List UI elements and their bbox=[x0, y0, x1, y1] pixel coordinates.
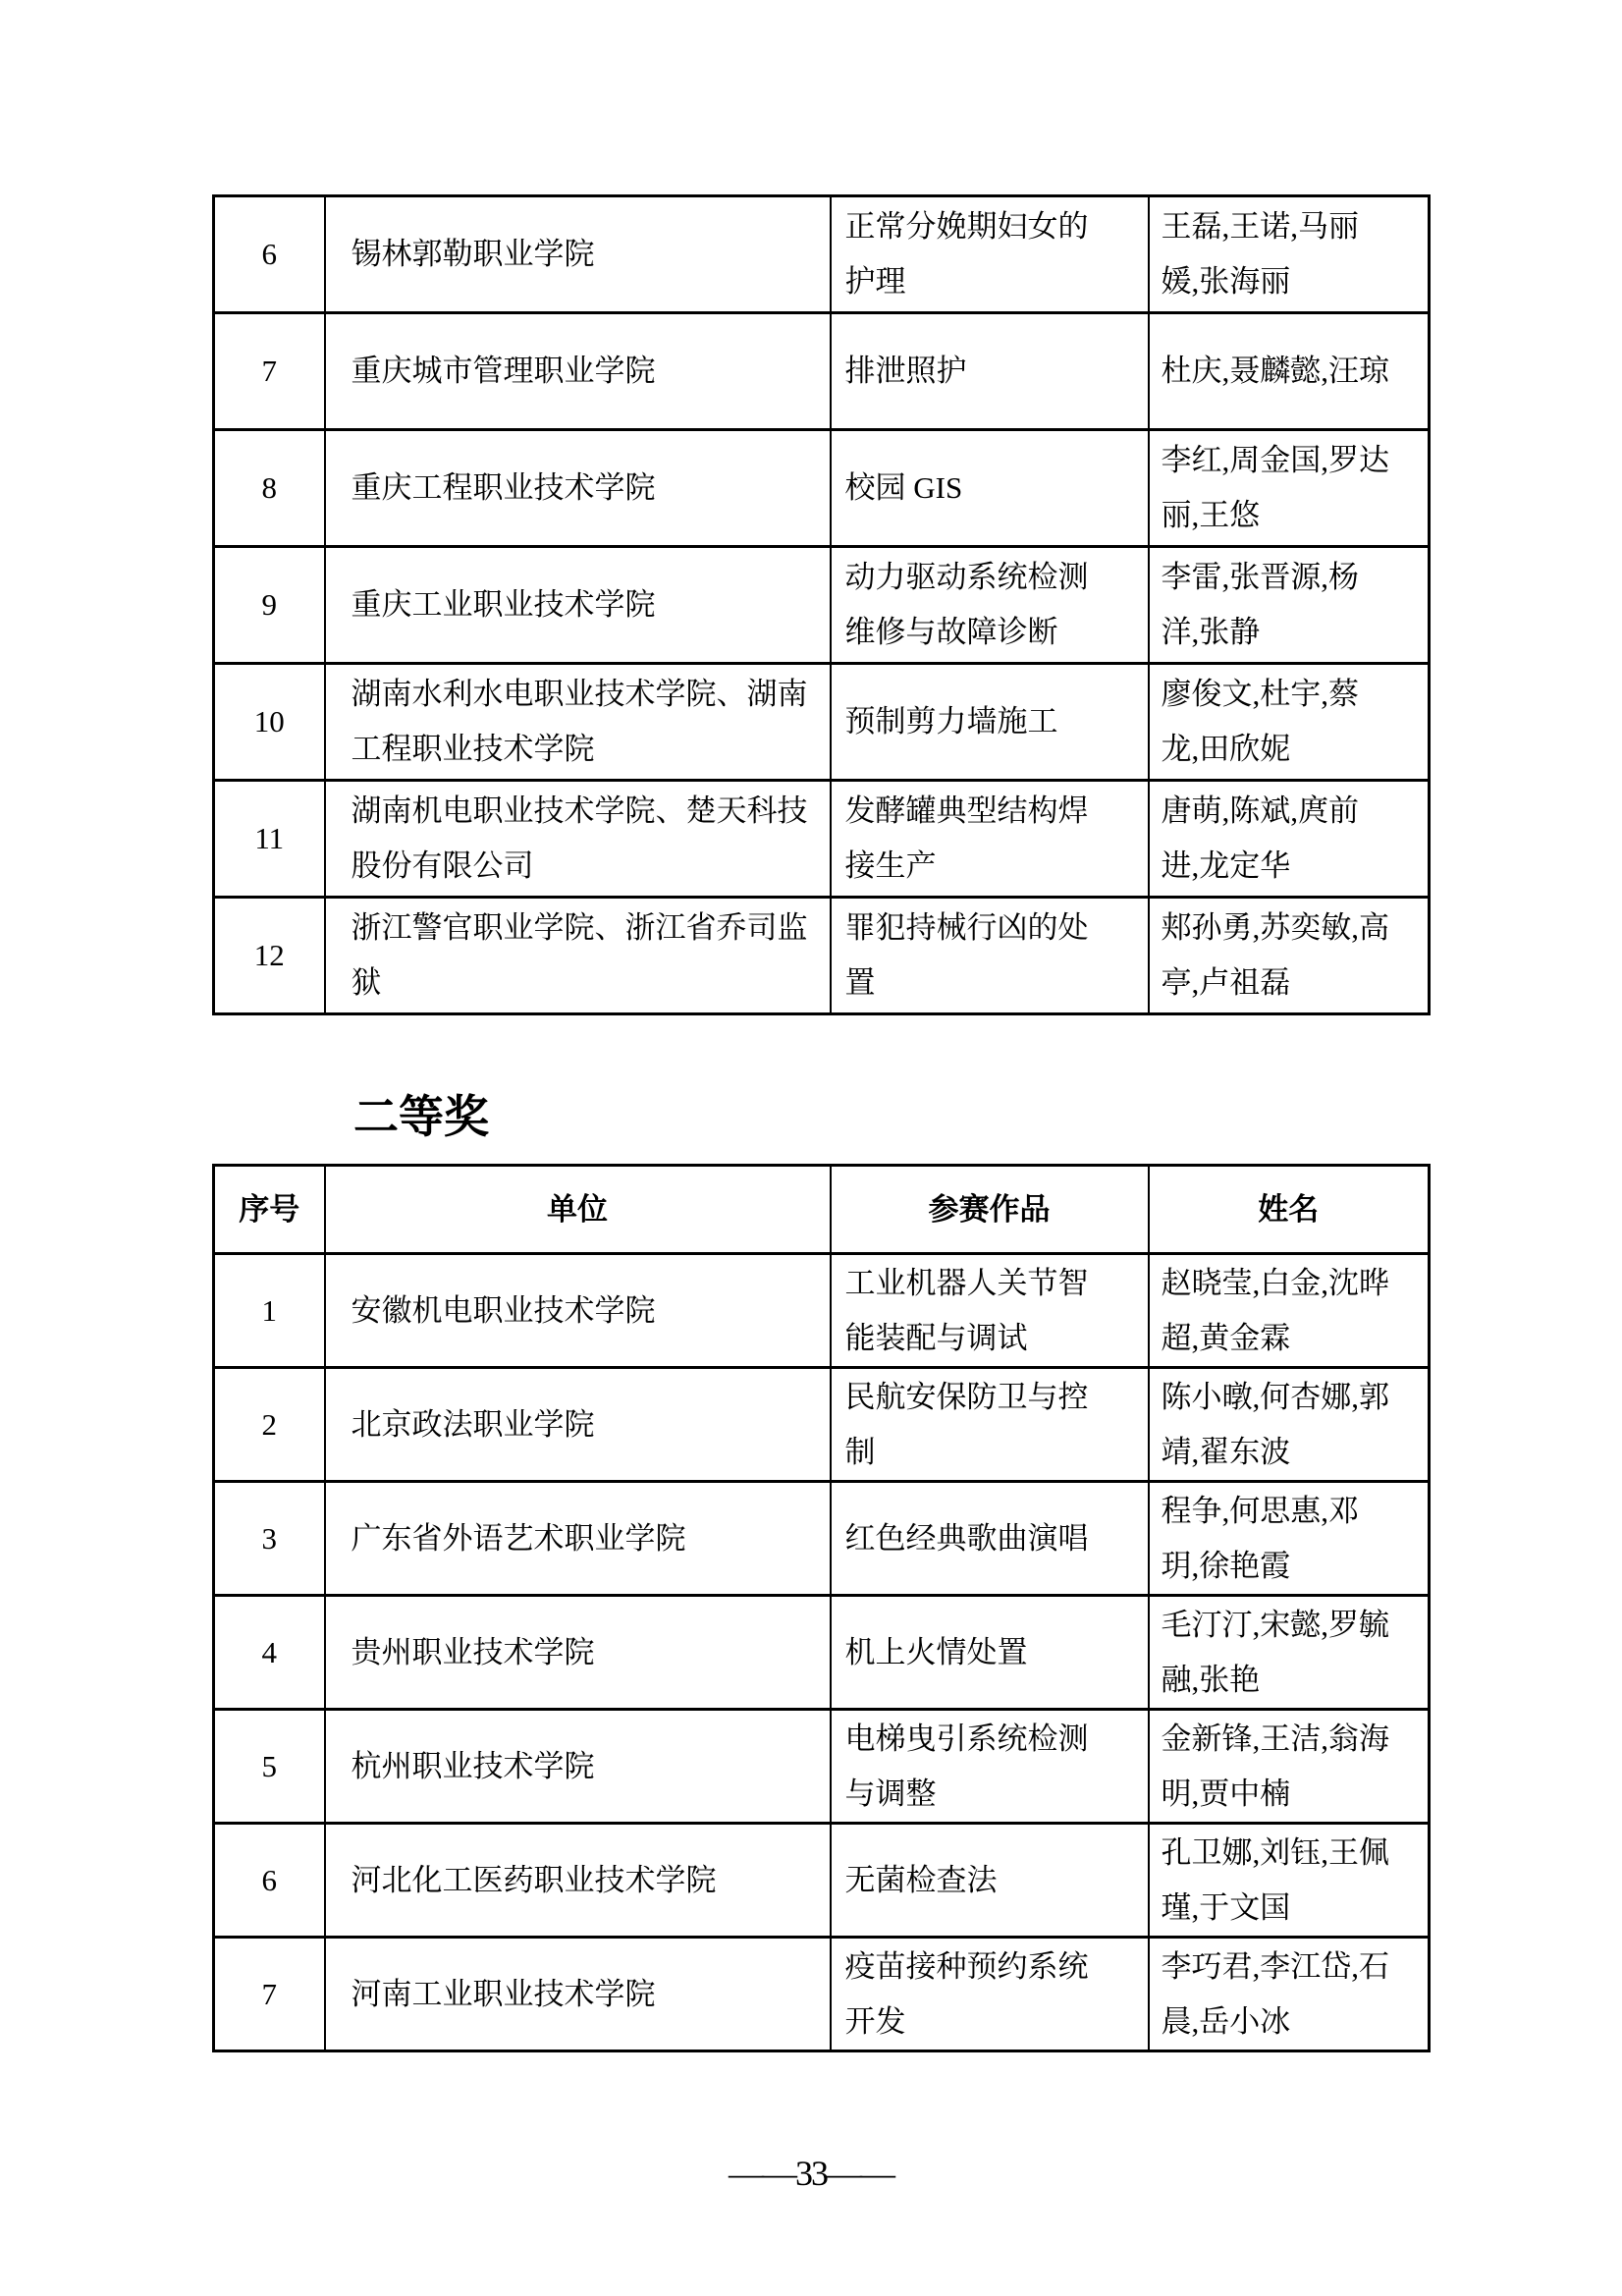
header-work: 参赛作品 bbox=[831, 1166, 1149, 1254]
header-unit: 单位 bbox=[325, 1166, 831, 1254]
cell-names: 毛汀汀,宋懿,罗毓 融,张艳 bbox=[1149, 1596, 1430, 1710]
cell-work: 罪犯持械行凶的处 置 bbox=[831, 898, 1149, 1014]
cell-no: 8 bbox=[214, 430, 325, 547]
cell-names: 李红,周金国,罗达 丽,王悠 bbox=[1149, 430, 1430, 547]
cell-unit: 北京政法职业学院 bbox=[325, 1368, 831, 1482]
cell-names: 赵晓莹,白金,沈晔 超,黄金霖 bbox=[1149, 1254, 1430, 1368]
header-no: 序号 bbox=[214, 1166, 325, 1254]
table-row: 12浙江警官职业学院、浙江省乔司监 狱罪犯持械行凶的处 置郏孙勇,苏奕敏,高 亭… bbox=[214, 898, 1430, 1014]
page-number: ——33—— bbox=[0, 2153, 1622, 2194]
cell-names: 金新锋,王洁,翁海 明,贾中楠 bbox=[1149, 1710, 1430, 1824]
cell-unit: 杭州职业技术学院 bbox=[325, 1710, 831, 1824]
cell-work: 疫苗接种预约系统 开发 bbox=[831, 1938, 1149, 2051]
cell-names: 陈小暾,何杏娜,郭 靖,翟东波 bbox=[1149, 1368, 1430, 1482]
cell-unit: 河北化工医药职业技术学院 bbox=[325, 1824, 831, 1938]
cell-names: 程争,何思惠,邓 玥,徐艳霞 bbox=[1149, 1482, 1430, 1596]
cell-unit: 锡林郭勒职业学院 bbox=[325, 196, 831, 313]
table-row: 9重庆工业职业技术学院动力驱动系统检测 维修与故障诊断李雷,张晋源,杨 洋,张静 bbox=[214, 547, 1430, 664]
cell-names: 李巧君,李江岱,石 晨,岳小冰 bbox=[1149, 1938, 1430, 2051]
cell-names: 唐萌,陈斌,庹前 进,龙定华 bbox=[1149, 781, 1430, 898]
cell-work: 机上火情处置 bbox=[831, 1596, 1149, 1710]
table-row: 10湖南水利水电职业技术学院、湖南 工程职业技术学院预制剪力墙施工廖俊文,杜宇,… bbox=[214, 664, 1430, 781]
cell-names: 孔卫娜,刘钰,王佩 瑾,于文国 bbox=[1149, 1824, 1430, 1938]
table-row: 1安徽机电职业技术学院工业机器人关节智 能装配与调试赵晓莹,白金,沈晔 超,黄金… bbox=[214, 1254, 1430, 1368]
cell-unit: 浙江警官职业学院、浙江省乔司监 狱 bbox=[325, 898, 831, 1014]
cell-no: 4 bbox=[214, 1596, 325, 1710]
cell-work: 校园 GIS bbox=[831, 430, 1149, 547]
cell-no: 10 bbox=[214, 664, 325, 781]
cell-no: 12 bbox=[214, 898, 325, 1014]
cell-work: 预制剪力墙施工 bbox=[831, 664, 1149, 781]
table-row: 8重庆工程职业技术学院校园 GIS李红,周金国,罗达 丽,王悠 bbox=[214, 430, 1430, 547]
table-row: 5杭州职业技术学院电梯曳引系统检测 与调整金新锋,王洁,翁海 明,贾中楠 bbox=[214, 1710, 1430, 1824]
cell-no: 2 bbox=[214, 1368, 325, 1482]
cell-unit: 重庆工程职业技术学院 bbox=[325, 430, 831, 547]
cell-no: 3 bbox=[214, 1482, 325, 1596]
cell-no: 5 bbox=[214, 1710, 325, 1824]
cell-work: 民航安保防卫与控 制 bbox=[831, 1368, 1149, 1482]
table-row: 4贵州职业技术学院机上火情处置毛汀汀,宋懿,罗毓 融,张艳 bbox=[214, 1596, 1430, 1710]
cell-names: 李雷,张晋源,杨 洋,张静 bbox=[1149, 547, 1430, 664]
cell-unit: 湖南水利水电职业技术学院、湖南 工程职业技术学院 bbox=[325, 664, 831, 781]
cell-unit: 重庆城市管理职业学院 bbox=[325, 313, 831, 430]
cell-no: 1 bbox=[214, 1254, 325, 1368]
cell-unit: 广东省外语艺术职业学院 bbox=[325, 1482, 831, 1596]
cell-no: 6 bbox=[214, 196, 325, 313]
table-row: 7河南工业职业技术学院疫苗接种预约系统 开发李巧君,李江岱,石 晨,岳小冰 bbox=[214, 1938, 1430, 2051]
table-row: 7重庆城市管理职业学院排泄照护杜庆,聂麟懿,汪琼 bbox=[214, 313, 1430, 430]
table-row: 6河北化工医药职业技术学院无菌检查法孔卫娜,刘钰,王佩 瑾,于文国 bbox=[214, 1824, 1430, 1938]
table-header-row: 序号 单位 参赛作品 姓名 bbox=[214, 1166, 1430, 1254]
cell-no: 9 bbox=[214, 547, 325, 664]
cell-work: 红色经典歌曲演唱 bbox=[831, 1482, 1149, 1596]
table-row: 6锡林郭勒职业学院正常分娩期妇女的 护理王磊,王诺,马丽 媛,张海丽 bbox=[214, 196, 1430, 313]
table-row: 11湖南机电职业技术学院、楚天科技 股份有限公司发酵罐典型结构焊 接生产唐萌,陈… bbox=[214, 781, 1430, 898]
cell-names: 廖俊文,杜宇,蔡 龙,田欣妮 bbox=[1149, 664, 1430, 781]
cell-work: 排泄照护 bbox=[831, 313, 1149, 430]
cell-unit: 贵州职业技术学院 bbox=[325, 1596, 831, 1710]
cell-unit: 湖南机电职业技术学院、楚天科技 股份有限公司 bbox=[325, 781, 831, 898]
award-table-continued: 6锡林郭勒职业学院正常分娩期妇女的 护理王磊,王诺,马丽 媛,张海丽7重庆城市管… bbox=[212, 194, 1431, 1015]
cell-work: 工业机器人关节智 能装配与调试 bbox=[831, 1254, 1149, 1368]
cell-work: 无菌检查法 bbox=[831, 1824, 1149, 1938]
cell-no: 7 bbox=[214, 313, 325, 430]
second-prize-table: 序号 单位 参赛作品 姓名 1安徽机电职业技术学院工业机器人关节智 能装配与调试… bbox=[212, 1164, 1431, 2052]
cell-work: 动力驱动系统检测 维修与故障诊断 bbox=[831, 547, 1149, 664]
cell-unit: 重庆工业职业技术学院 bbox=[325, 547, 831, 664]
table-row: 2北京政法职业学院民航安保防卫与控 制陈小暾,何杏娜,郭 靖,翟东波 bbox=[214, 1368, 1430, 1482]
second-prize-heading: 二等奖 bbox=[353, 1092, 489, 1142]
cell-names: 杜庆,聂麟懿,汪琼 bbox=[1149, 313, 1430, 430]
cell-work: 发酵罐典型结构焊 接生产 bbox=[831, 781, 1149, 898]
cell-unit: 河南工业职业技术学院 bbox=[325, 1938, 831, 2051]
table-row: 3广东省外语艺术职业学院红色经典歌曲演唱程争,何思惠,邓 玥,徐艳霞 bbox=[214, 1482, 1430, 1596]
cell-work: 电梯曳引系统检测 与调整 bbox=[831, 1710, 1149, 1824]
cell-unit: 安徽机电职业技术学院 bbox=[325, 1254, 831, 1368]
cell-no: 6 bbox=[214, 1824, 325, 1938]
cell-names: 郏孙勇,苏奕敏,高 亭,卢祖磊 bbox=[1149, 898, 1430, 1014]
document-page: 6锡林郭勒职业学院正常分娩期妇女的 护理王磊,王诺,马丽 媛,张海丽7重庆城市管… bbox=[0, 0, 1622, 2296]
cell-names: 王磊,王诺,马丽 媛,张海丽 bbox=[1149, 196, 1430, 313]
cell-work: 正常分娩期妇女的 护理 bbox=[831, 196, 1149, 313]
cell-no: 7 bbox=[214, 1938, 325, 2051]
header-names: 姓名 bbox=[1149, 1166, 1430, 1254]
cell-no: 11 bbox=[214, 781, 325, 898]
